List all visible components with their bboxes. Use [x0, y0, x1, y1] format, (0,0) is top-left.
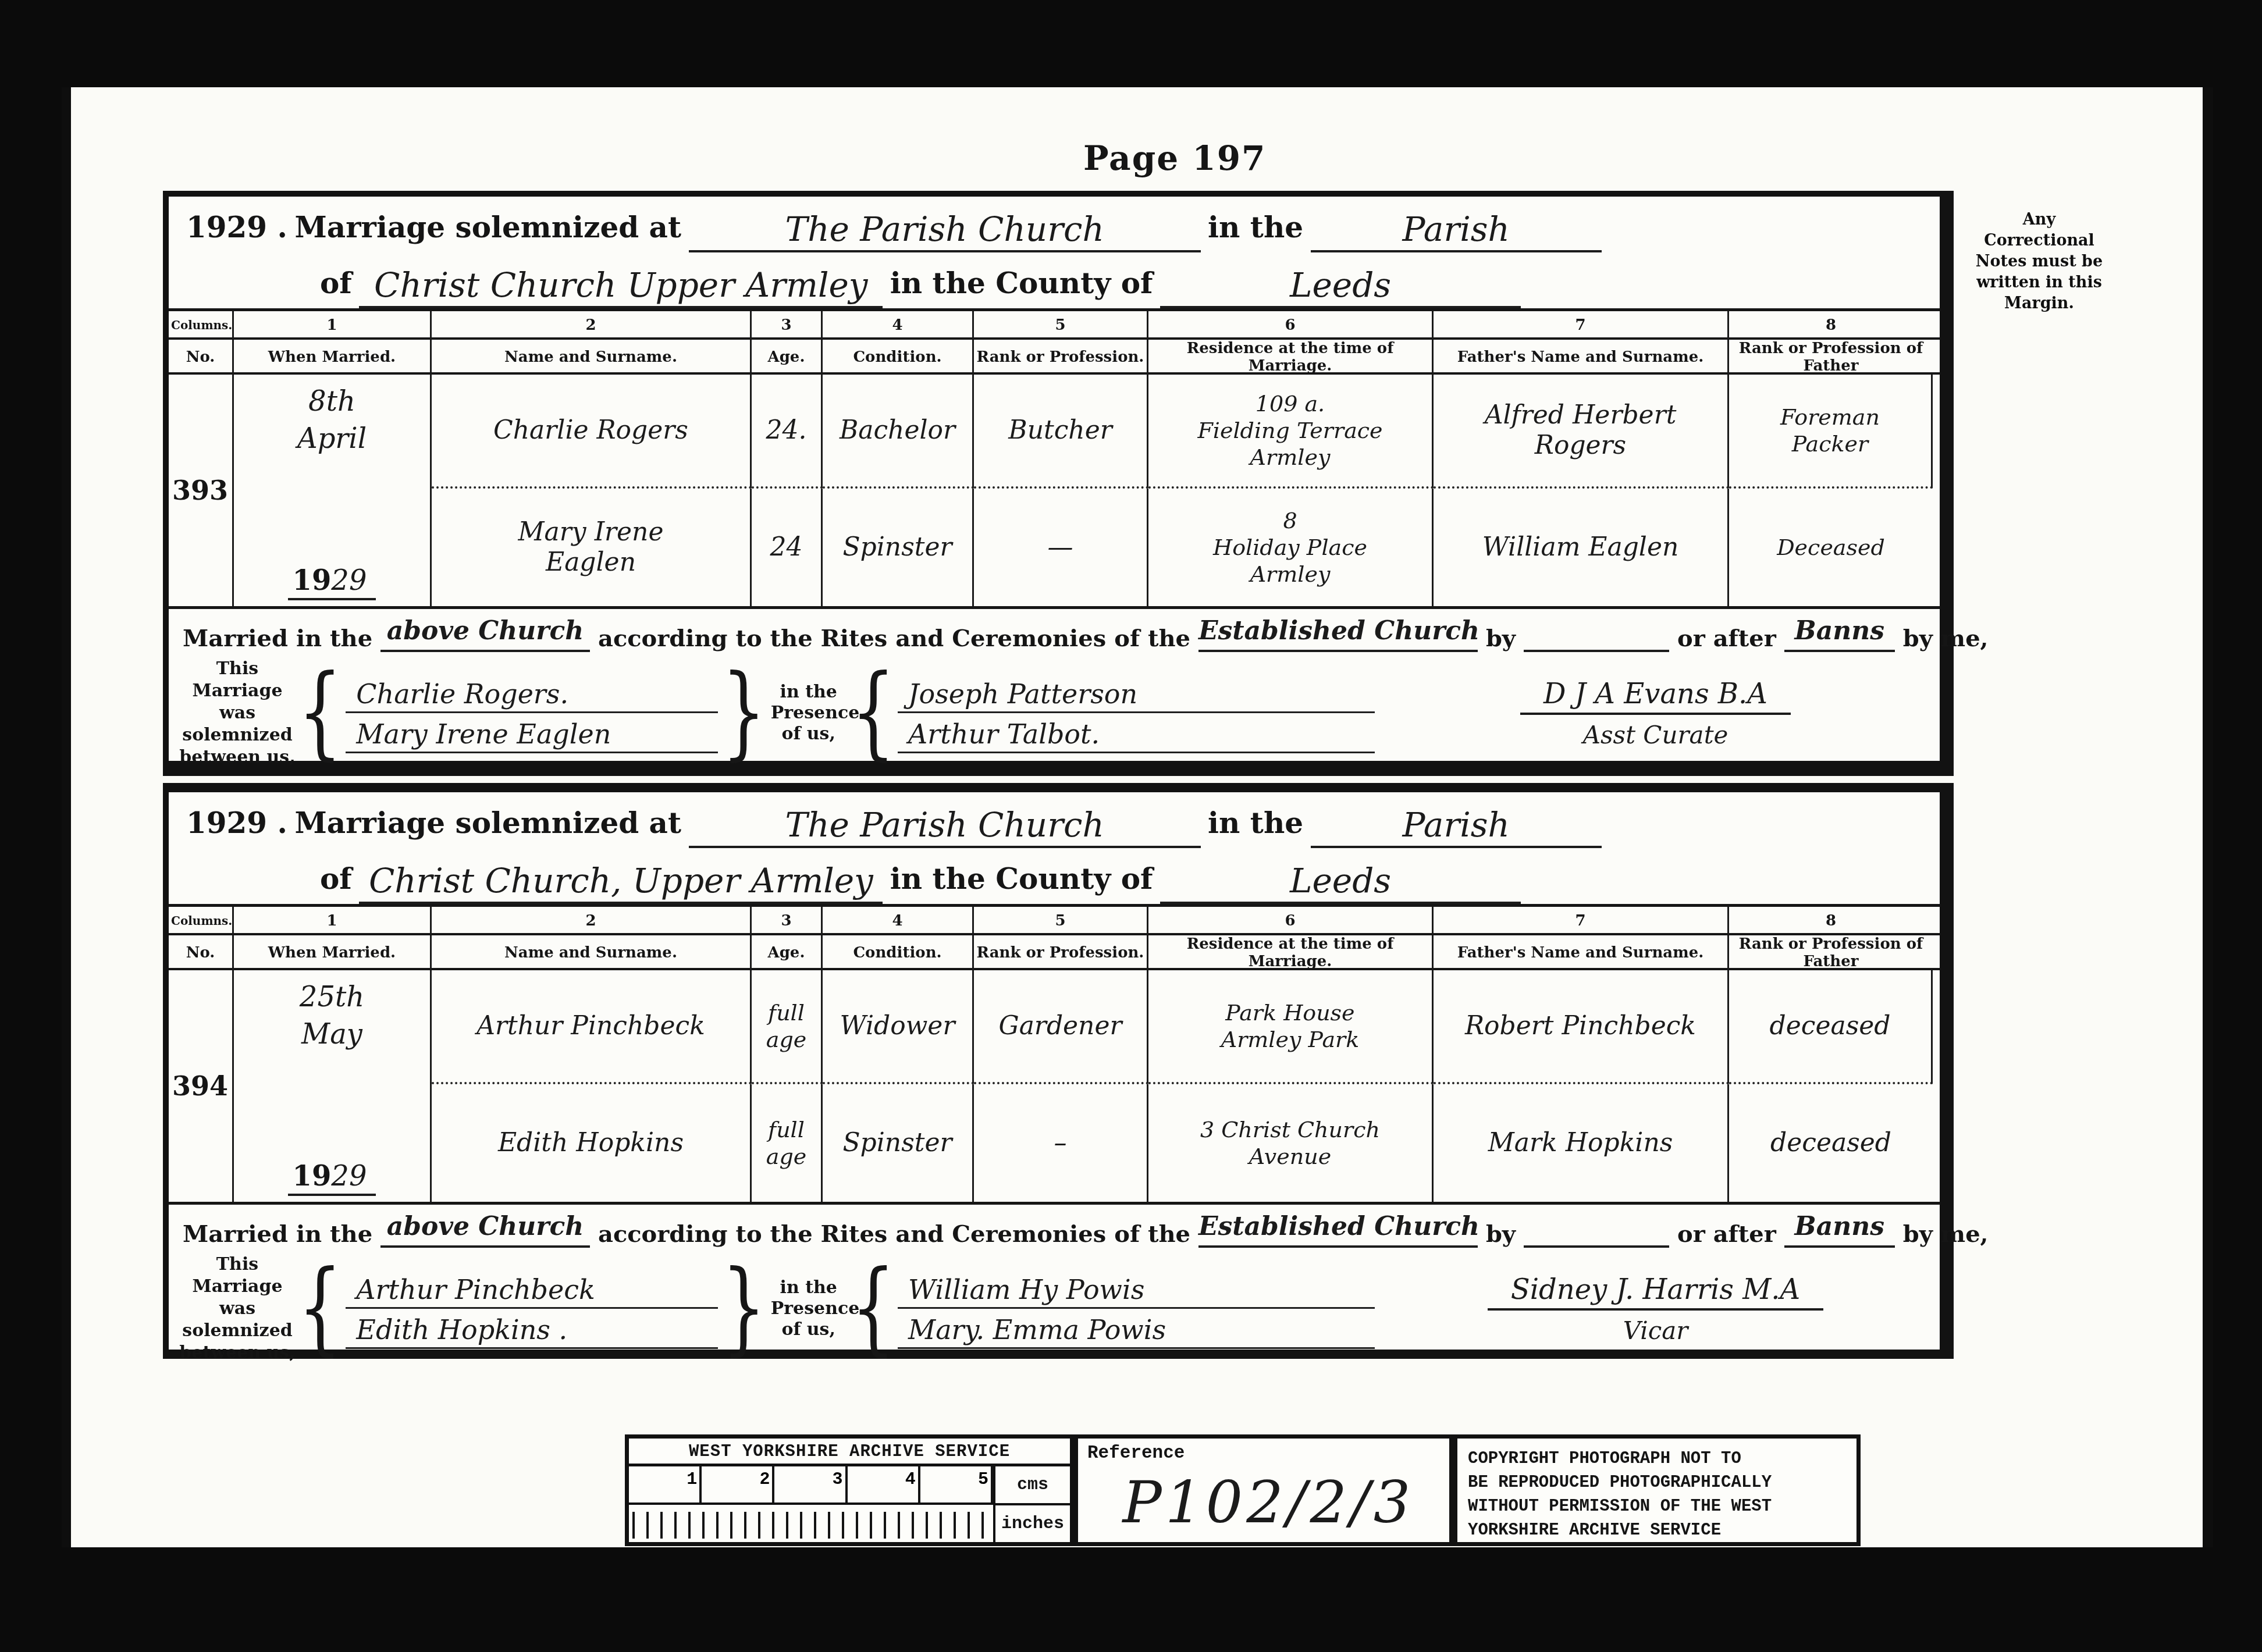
in-the-label: in the — [1208, 806, 1303, 840]
bride-father-profession: Deceased — [1729, 489, 1933, 606]
county-blank: Leeds — [1160, 268, 1521, 308]
header-year: 1929 . — [186, 806, 287, 840]
groom-condition: Widower — [823, 970, 974, 1084]
bride-condition: Spinster — [823, 1084, 974, 1202]
page-number: Page 197 — [1083, 138, 1266, 178]
inch-label: inches — [995, 1505, 1070, 1542]
couple-signatures: Charlie Rogers. Mary Irene Eaglen — [342, 673, 721, 753]
solemnized-prefix: Marriage solemnized at — [294, 806, 681, 840]
or-after-label: or after — [1677, 1220, 1776, 1248]
column-number: 1 — [234, 311, 432, 339]
cm-scale: 1 2 3 4 5 — [629, 1466, 993, 1505]
column-headers-row: No. When Married. Name and Surname. Age.… — [169, 337, 1940, 375]
solemnized-prefix: Marriage solemnized at — [294, 210, 681, 244]
bride-father: Mark Hopkins — [1434, 1084, 1729, 1202]
column-header: Condition. — [823, 935, 974, 970]
column-header: Rank or Profession of Father — [1729, 935, 1933, 970]
officiant-block: Sidney J. Harris M.A Vicar — [1377, 1273, 1934, 1345]
close-brace: } — [721, 1245, 766, 1372]
groom-signature: Arthur Pinchbeck — [346, 1269, 718, 1309]
parish-blank: Parish — [1311, 807, 1602, 848]
column-header: Father's Name and Surname. — [1434, 935, 1729, 970]
column-numbers-row: Columns. 1 2 3 4 5 6 7 8 — [169, 904, 1940, 933]
column-header: Age. — [752, 935, 823, 970]
groom-age: full age — [752, 970, 823, 1084]
record-header-line-1: 1929 . Marriage solemnized at The Parish… — [169, 792, 1940, 848]
bride-signature: Edith Hopkins . — [346, 1309, 718, 1349]
column-header: Rank or Profession. — [974, 935, 1148, 970]
cm-number: 2 — [702, 1466, 774, 1503]
officiant-signature: Sidney J. Harris M.A — [1488, 1273, 1823, 1311]
columns-label: Columns. — [169, 907, 234, 935]
record-header-line-2: of Christ Church Upper Armley in the Cou… — [169, 252, 1940, 308]
county-prefix: in the County of — [890, 861, 1153, 896]
column-header: When Married. — [234, 935, 432, 970]
open-brace: { — [851, 650, 895, 777]
column-number: 3 — [752, 907, 823, 935]
rites-label: according to the Rites and Ceremonies of… — [598, 625, 1190, 652]
margin-note: Any Correctional Notes must be written i… — [1972, 209, 2106, 314]
bride-father: William Eaglen — [1434, 489, 1729, 606]
couple-signatures: Arthur Pinchbeck Edith Hopkins . — [342, 1269, 721, 1349]
copyright-box: COPYRIGHT PHOTOGRAPH NOT TO BE REPRODUCE… — [1453, 1434, 1861, 1546]
county-blank: Leeds — [1160, 863, 1521, 904]
presence-label: in the Presence of us, — [766, 1277, 851, 1340]
married-place-blank: above Church — [380, 617, 590, 652]
open-brace: { — [298, 650, 342, 777]
officiant-title: Vicar — [1377, 1316, 1934, 1345]
church-name-blank: The Parish Church — [689, 807, 1201, 848]
when-married-year: 1929 — [288, 1160, 376, 1196]
column-number: 3 — [752, 311, 823, 339]
bride-age: full age — [752, 1084, 823, 1202]
close-brace: } — [721, 650, 766, 777]
county-prefix: in the County of — [890, 266, 1153, 300]
column-header: Residence at the time of Marriage. — [1148, 340, 1434, 375]
when-married-day-month: 8thApril — [297, 383, 367, 457]
open-brace: { — [298, 1245, 342, 1372]
by-me-label: by me, — [1903, 1220, 1989, 1248]
married-in-line: Married in the above Church according to… — [169, 609, 1940, 656]
scale-ruler: 1 2 3 4 5 — [629, 1466, 993, 1542]
cm-number: 3 — [774, 1466, 847, 1503]
column-header: No. — [169, 340, 234, 375]
this-marriage-label: This Marriage was solemnized between us, — [177, 658, 298, 768]
column-number: 2 — [432, 907, 752, 935]
groom-signature: Charlie Rogers. — [346, 673, 718, 713]
witness-signatures: William Hy Powis Mary. Emma Powis — [895, 1269, 1377, 1349]
witness-signature: Arthur Talbot. — [898, 713, 1375, 753]
officiant-title: Asst Curate — [1377, 721, 1934, 749]
signatures-row: This Marriage was solemnized between us,… — [169, 1251, 1940, 1364]
bride-name: Edith Hopkins — [432, 1084, 752, 1202]
archive-service-title: WEST YORKSHIRE ARCHIVE SERVICE — [629, 1439, 1070, 1466]
when-married-cell: 25thMay 1929 — [234, 970, 432, 1202]
copyright-line: BE REPRODUCED PHOTOGRAPHICALLY — [1468, 1471, 1856, 1494]
entry-number: 393 — [169, 375, 234, 606]
reference-number: P102/2/3 — [1087, 1468, 1449, 1536]
by-label: by — [1486, 625, 1516, 652]
parish-blank: Parish — [1311, 212, 1602, 252]
church-type-blank: Established Church — [1198, 617, 1478, 652]
this-marriage-label: This Marriage was solemnized between us, — [177, 1254, 298, 1364]
record-header-line-2: of Christ Church, Upper Armley in the Co… — [169, 848, 1940, 904]
column-number: 6 — [1148, 907, 1434, 935]
groom-name: Arthur Pinchbeck — [432, 970, 752, 1084]
groom-residence: 109 a. Fielding Terrace Armley — [1148, 375, 1434, 489]
banns-blank: Banns — [1784, 617, 1895, 652]
cm-number: 5 — [920, 1466, 993, 1503]
groom-condition: Bachelor — [823, 375, 974, 489]
officiant-signature: D J A Evans B.A — [1520, 678, 1791, 715]
groom-father: Robert Pinchbeck — [1434, 970, 1729, 1084]
bride-profession: — — [974, 489, 1148, 606]
groom-name: Charlie Rogers — [432, 375, 752, 489]
copyright-line: WITHOUT PERMISSION OF THE WEST — [1468, 1494, 1856, 1518]
bride-profession: – — [974, 1084, 1148, 1202]
bride-age: 24 — [752, 489, 823, 606]
married-place-blank: above Church — [380, 1213, 590, 1248]
copyright-line: YORKSHIRE ARCHIVE SERVICE — [1468, 1518, 1856, 1542]
marriage-record-394: 1929 . Marriage solemnized at The Parish… — [163, 783, 1954, 1359]
column-header: Rank or Profession of Father — [1729, 340, 1933, 375]
church-name-blank: The Parish Church — [689, 212, 1201, 252]
column-header: Age. — [752, 340, 823, 375]
groom-father-profession: deceased — [1729, 970, 1933, 1084]
open-brace: { — [851, 1245, 895, 1372]
header-year: 1929 . — [186, 210, 287, 244]
bride-residence: 3 Christ Church Avenue — [1148, 1084, 1434, 1202]
when-married-cell: 8thApril 1929 — [234, 375, 432, 606]
groom-profession: Butcher — [974, 375, 1148, 489]
witness-signature: Joseph Patterson — [898, 673, 1375, 713]
married-in-prefix: Married in the — [183, 1220, 372, 1248]
when-married-year: 1929 — [288, 564, 376, 600]
witness-signature: William Hy Powis — [898, 1269, 1375, 1309]
presence-label: in the Presence of us, — [766, 682, 851, 745]
column-header: Father's Name and Surname. — [1434, 340, 1729, 375]
groom-residence: Park House Armley Park — [1148, 970, 1434, 1084]
copyright-line: COPYRIGHT PHOTOGRAPH NOT TO — [1468, 1447, 1856, 1471]
record-data-rows: 393 8thApril 1929 Charlie Rogers 24. Bac… — [169, 375, 1940, 609]
officiant-block: D J A Evans B.A Asst Curate — [1377, 678, 1934, 749]
groom-age: 24. — [752, 375, 823, 489]
column-number: 8 — [1729, 311, 1933, 339]
cm-label: cms — [995, 1466, 1070, 1505]
licence-blank — [1524, 1213, 1669, 1248]
of-label: of — [320, 266, 352, 300]
reference-label: Reference — [1087, 1443, 1449, 1464]
by-me-label: by me, — [1903, 625, 1989, 652]
cm-number: 1 — [629, 1466, 702, 1503]
column-number: 5 — [974, 907, 1148, 935]
witness-signatures: Joseph Patterson Arthur Talbot. — [895, 673, 1377, 753]
church-type-blank: Established Church — [1198, 1213, 1478, 1248]
groom-father: Alfred Herbert Rogers — [1434, 375, 1729, 489]
parish-church-blank: Christ Church, Upper Armley — [359, 863, 883, 904]
bride-condition: Spinster — [823, 489, 974, 606]
column-header: No. — [169, 935, 234, 970]
column-header: Condition. — [823, 340, 974, 375]
bride-father-profession: deceased — [1729, 1084, 1933, 1202]
signatures-row: This Marriage was solemnized between us,… — [169, 656, 1940, 768]
column-header: Name and Surname. — [432, 340, 752, 375]
column-header: Residence at the time of Marriage. — [1148, 935, 1434, 970]
column-number: 2 — [432, 311, 752, 339]
or-after-label: or after — [1677, 625, 1776, 652]
column-header: When Married. — [234, 340, 432, 375]
married-in-line: Married in the above Church according to… — [169, 1205, 1940, 1251]
when-married-day-month: 25thMay — [300, 978, 364, 1053]
column-number: 5 — [974, 311, 1148, 339]
parish-church-blank: Christ Church Upper Armley — [359, 268, 883, 308]
column-headers-row: No. When Married. Name and Surname. Age.… — [169, 933, 1940, 970]
column-number: 7 — [1434, 907, 1729, 935]
column-number: 8 — [1729, 907, 1933, 935]
groom-profession: Gardener — [974, 970, 1148, 1084]
marriage-record-393: 1929 . Marriage solemnized at The Parish… — [163, 191, 1954, 776]
column-header: Name and Surname. — [432, 935, 752, 970]
record-data-rows: 394 25thMay 1929 Arthur Pinchbeck full a… — [169, 970, 1940, 1205]
column-numbers-row: Columns. 1 2 3 4 5 6 7 8 — [169, 308, 1940, 337]
column-number: 4 — [823, 311, 974, 339]
column-number: 7 — [1434, 311, 1729, 339]
register-page-scan: Page 197 Any Correctional Notes must be … — [62, 87, 2213, 1547]
cm-number: 4 — [848, 1466, 920, 1503]
inch-scale — [629, 1505, 993, 1542]
column-number: 1 — [234, 907, 432, 935]
by-label: by — [1486, 1220, 1516, 1248]
entry-number: 394 — [169, 970, 234, 1202]
licence-blank — [1524, 617, 1669, 652]
column-header: Rank or Profession. — [974, 340, 1148, 375]
banns-blank: Banns — [1784, 1213, 1895, 1248]
rites-label: according to the Rites and Ceremonies of… — [598, 1220, 1190, 1248]
groom-father-profession: Foreman Packer — [1729, 375, 1933, 489]
of-label: of — [320, 861, 352, 896]
in-the-label: in the — [1208, 210, 1303, 244]
record-header-line-1: 1929 . Marriage solemnized at The Parish… — [169, 197, 1940, 252]
reference-box: Reference P102/2/3 — [1074, 1434, 1453, 1546]
column-number: 4 — [823, 907, 974, 935]
column-number: 6 — [1148, 311, 1434, 339]
bride-name: Mary Irene Eaglen — [432, 489, 752, 606]
bride-signature: Mary Irene Eaglen — [346, 713, 718, 753]
bride-residence: 8 Holiday Place Armley — [1148, 489, 1434, 606]
archive-ruler-box: WEST YORKSHIRE ARCHIVE SERVICE 1 2 3 4 5… — [625, 1434, 1074, 1546]
witness-signature: Mary. Emma Powis — [898, 1309, 1375, 1349]
inch-ticks — [632, 1512, 990, 1539]
married-in-prefix: Married in the — [183, 625, 372, 652]
columns-label: Columns. — [169, 311, 234, 339]
